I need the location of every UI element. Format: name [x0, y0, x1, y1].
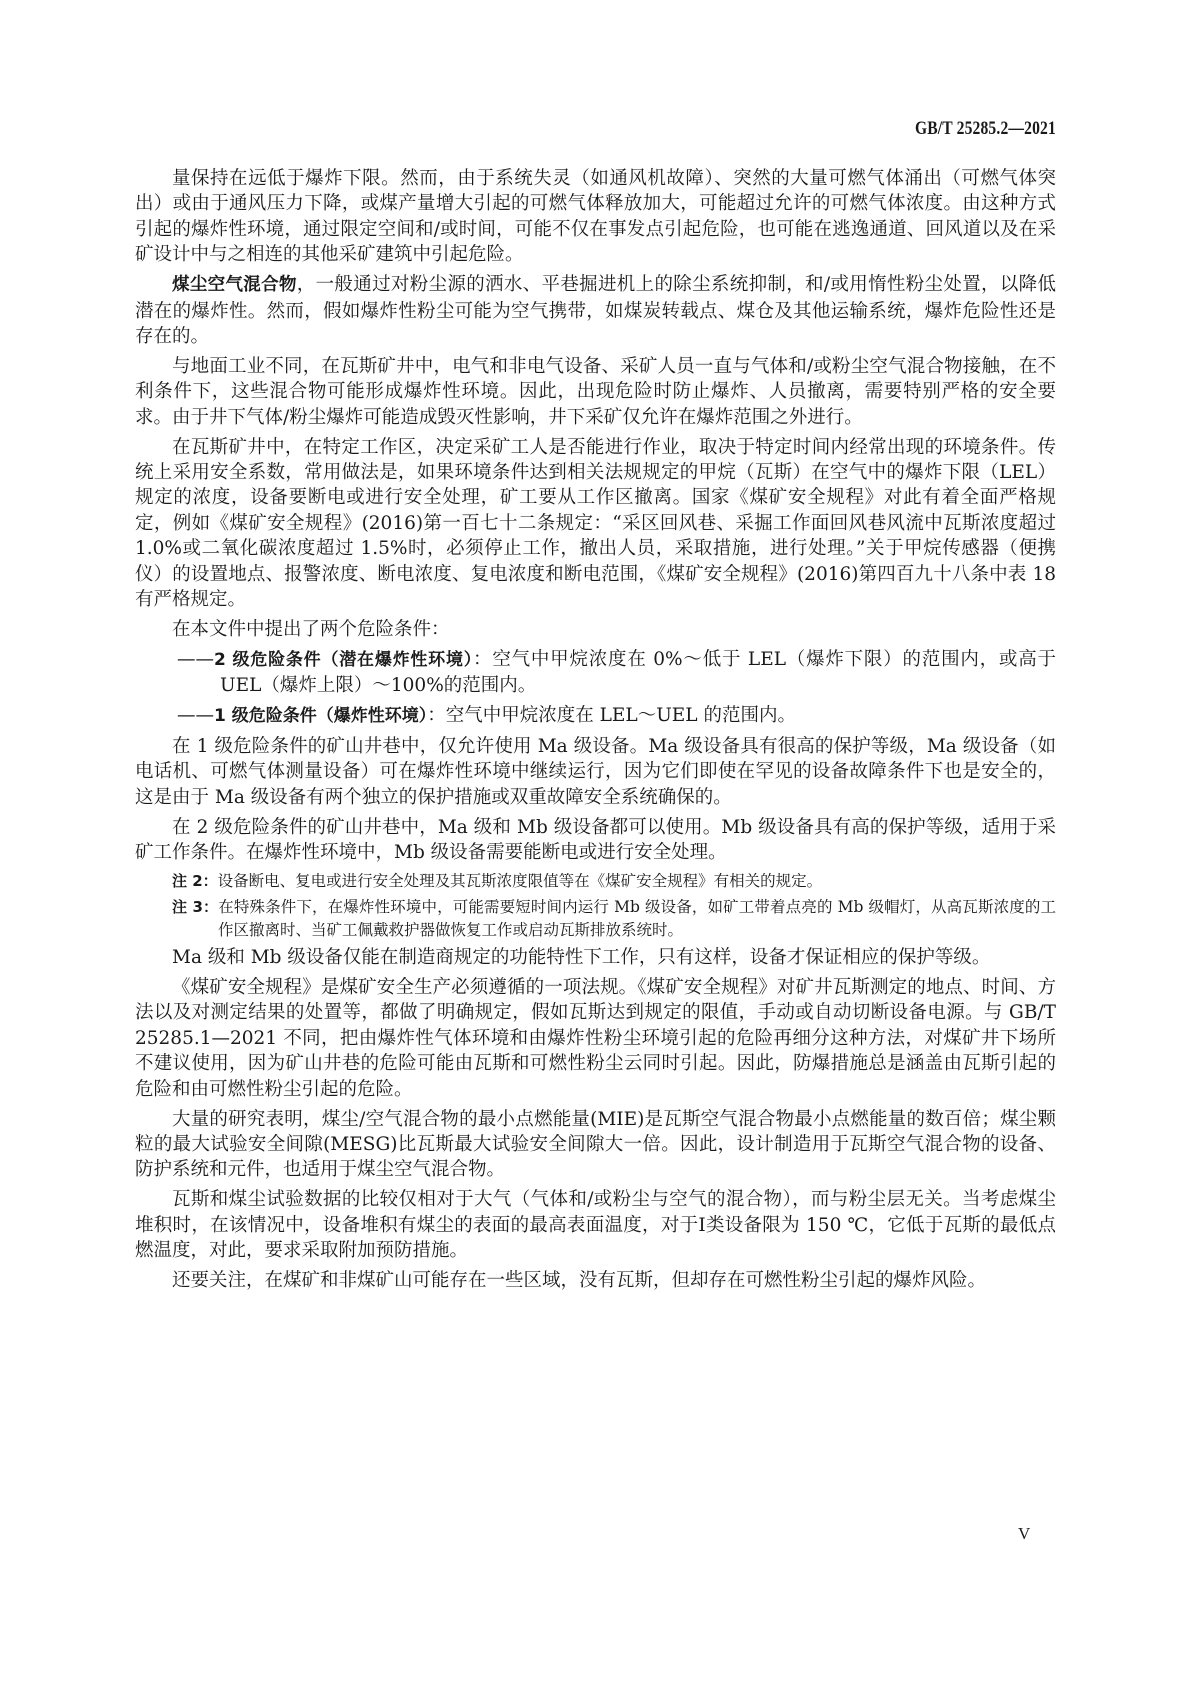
term-coal-dust-mixture: 煤尘空气混合物 [172, 275, 297, 295]
paragraph-underground-difference: 与地面工业不同，在瓦斯矿井中，电气和非电气设备、采矿人员一直与气体和/或粉尘空气… [135, 354, 1056, 430]
note-label: 注 3： [172, 898, 218, 916]
paragraph-mie-mesg: 大量的研究表明，煤尘/空气混合物的最小点燃能量(MIE)是瓦斯空气混合物最小点燃… [135, 1107, 1056, 1183]
hazard-condition-level-2: ——2 级危险条件（潜在爆炸性环境）：空气中甲烷浓度在 0%～低于 LEL（爆炸… [135, 647, 1056, 699]
standard-code-header: GB/T 25285.2—2021 [915, 118, 1056, 140]
note-label: 注 2： [172, 872, 218, 890]
paragraph-coal-mine-regulation: 《煤矿安全规程》是煤矿安全生产必须遵循的一项法规。《煤矿安全规程》对矿井瓦斯测定… [135, 975, 1056, 1102]
hazard-condition-text: ：空气中甲烷浓度在 LEL～UEL 的范围内。 [427, 705, 796, 726]
paragraph-coal-dust-mixture: 煤尘空气混合物，一般通过对粉尘源的洒水、平巷掘进机上的除尘系统抑制，和/或用惰性… [135, 272, 1056, 349]
paragraph-manufacturer-spec: Ma 级和 Mb 级设备仅能在制造商规定的功能特性下工作，只有这样，设备才保证相… [135, 945, 1056, 970]
dash-marker: —— [177, 705, 214, 726]
note-3: 注 3：在特殊条件下，在爆炸性环境中，可能需要短时间内运行 Mb 级设备，如矿工… [135, 896, 1056, 942]
note-text: 在特殊条件下，在爆炸性环境中，可能需要短时间内运行 Mb 级设备，如矿工带着点亮… [218, 898, 1056, 939]
paragraph-ma-equipment: 在 1 级危险条件的矿山井巷中，仅允许使用 Ma 级设备。Ma 级设备具有很高的… [135, 734, 1056, 810]
paragraph-dust-risk-areas: 还要关注，在煤矿和非煤矿山可能存在一些区域，没有瓦斯，但却存在可燃性粉尘引起的爆… [135, 1268, 1056, 1293]
hazard-condition-title: 2 级危险条件（潜在爆炸性环境） [214, 650, 473, 670]
hazard-condition-title: 1 级危险条件（爆炸性环境） [214, 706, 427, 726]
paragraph-gas-outburst: 量保持在远低于爆炸下限。然而，由于系统失灵（如通风机故障）、突然的大量可燃气体涌… [135, 166, 1056, 268]
dash-marker: —— [177, 649, 214, 670]
paragraph-safety-regulations: 在瓦斯矿井中，在特定工作区，决定采矿工人是否能进行作业，取决于特定时间内经常出现… [135, 435, 1056, 613]
paragraph-two-conditions-intro: 在本文件中提出了两个危险条件： [135, 617, 1056, 642]
note-text: 设备断电、复电或进行安全处理及其瓦斯浓度限值等在《煤矿安全规程》有相关的规定。 [218, 872, 823, 890]
paragraph-mb-equipment: 在 2 级危险条件的矿山井巷中，Ma 级和 Mb 级设备都可以使用。Mb 级设备… [135, 815, 1056, 866]
note-2: 注 2：设备断电、复电或进行安全处理及其瓦斯浓度限值等在《煤矿安全规程》有相关的… [135, 870, 1056, 893]
paragraph-test-data-comparison: 瓦斯和煤尘试验数据的比较仅相对于大气（气体和/或粉尘与空气的混合物），而与粉尘层… [135, 1187, 1056, 1263]
document-body: 量保持在远低于爆炸下限。然而，由于系统失灵（如通风机故障）、突然的大量可燃气体涌… [135, 166, 1056, 1298]
page-number: V [1018, 1524, 1030, 1544]
hazard-condition-level-1: ——1 级危险条件（爆炸性环境）：空气中甲烷浓度在 LEL～UEL 的范围内。 [135, 703, 1056, 729]
